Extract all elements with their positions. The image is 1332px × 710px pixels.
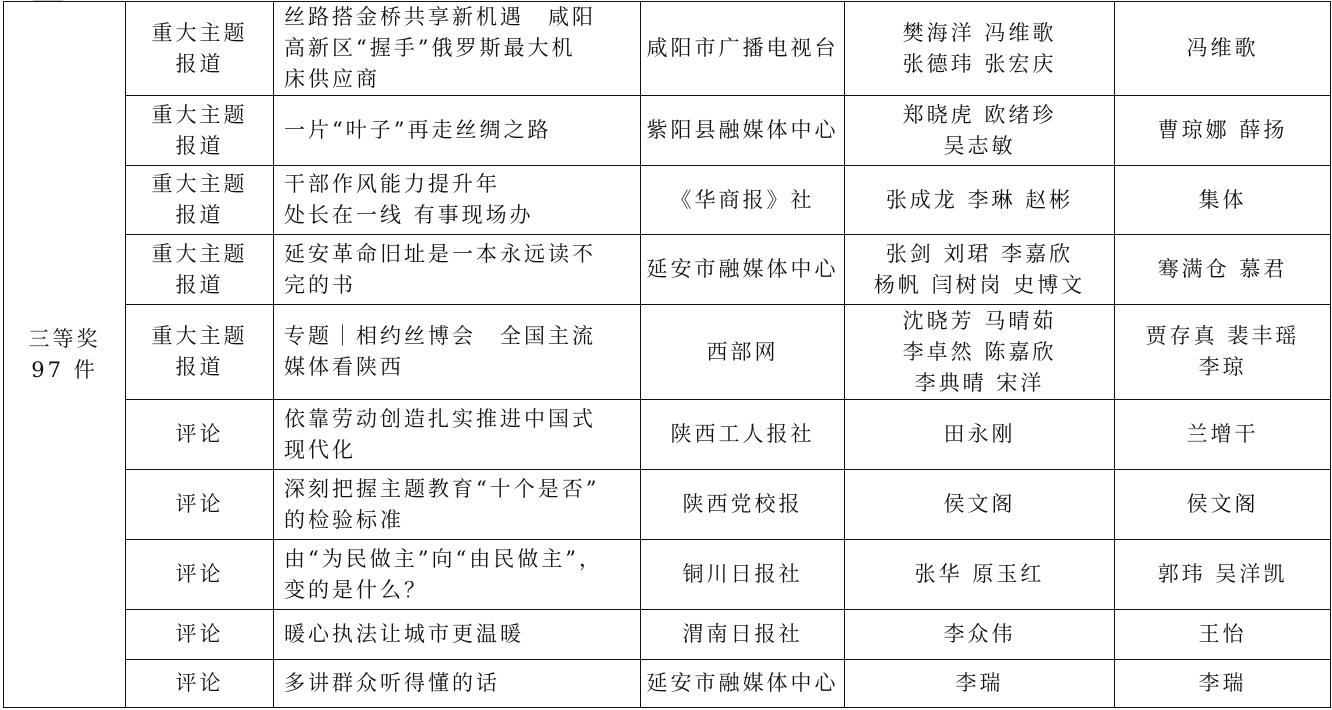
title-cell: 深刻把握主题教育“十个是否” 的检验标准: [274, 470, 641, 540]
table-row: 评论 由“为民做主”向“由民做主”， 变的是什么？ 铜川日报社 张华 原玉红 郭…: [4, 540, 1331, 610]
table-row: 重大主题 报道 专题｜相约丝博会 全国主流 媒体看陕西 西部网 沈晓芳 马晴茹 …: [4, 305, 1331, 400]
category-cell: 评论: [126, 470, 274, 540]
title-cell: 专题｜相约丝博会 全国主流 媒体看陕西: [274, 305, 641, 400]
editors-cell: 集体: [1115, 166, 1331, 235]
category-cell: 评论: [126, 540, 274, 610]
authors-cell: 张剑 刘珺 李嘉欣 杨帆 闫树岗 史博文: [845, 235, 1115, 305]
table-row: 评论 深刻把握主题教育“十个是否” 的检验标准 陕西党校报 侯文阁 侯文阁: [4, 470, 1331, 540]
category-cell: 评论: [126, 610, 274, 660]
table-row: 评论 暖心执法让城市更温暖 渭南日报社 李众伟 王怡: [4, 610, 1331, 660]
category-cell: 重大主题 报道: [126, 166, 274, 235]
unit-cell: 延安市融媒体中心: [641, 235, 845, 305]
category-cell: 重大主题 报道: [126, 2, 274, 96]
authors-cell: 侯文阁: [845, 470, 1115, 540]
authors-cell: 樊海洋 冯维歌 张德玮 张宏庆: [845, 2, 1115, 96]
table-row: 重大主题 报道 一片“叶子”再走丝绸之路 紫阳县融媒体中心 郑晓虎 欧绪珍 吴志…: [4, 96, 1331, 166]
authors-cell: 李瑞: [845, 660, 1115, 708]
editors-cell: 郭玮 吴洋凯: [1115, 540, 1331, 610]
title-cell: 一片“叶子”再走丝绸之路: [274, 96, 641, 166]
unit-cell: 铜川日报社: [641, 540, 845, 610]
title-cell: 延安革命旧址是一本永远读不 完的书: [274, 235, 641, 305]
category-cell: 评论: [126, 660, 274, 708]
table-row: 三等奖 97 件 重大主题 报道 丝路搭金桥共享新机遇 咸阳 高新区“握手”俄罗…: [4, 2, 1331, 96]
table-row: 评论 多讲群众听得懂的话 延安市融媒体中心 李瑞 李瑞: [4, 660, 1331, 708]
table-row: 重大主题 报道 延安革命旧址是一本永远读不 完的书 延安市融媒体中心 张剑 刘珺…: [4, 235, 1331, 305]
title-cell: 丝路搭金桥共享新机遇 咸阳 高新区“握手”俄罗斯最大机 床供应商: [274, 2, 641, 96]
editors-cell: 侯文阁: [1115, 470, 1331, 540]
title-cell: 暖心执法让城市更温暖: [274, 610, 641, 660]
unit-cell: 西部网: [641, 305, 845, 400]
award-tier-cell: 三等奖 97 件: [4, 2, 126, 708]
editors-cell: 冯维歌: [1115, 2, 1331, 96]
title-cell: 由“为民做主”向“由民做主”， 变的是什么？: [274, 540, 641, 610]
category-cell: 重大主题 报道: [126, 305, 274, 400]
table-row: 评论 依靠劳动创造扎实推进中国式 现代化 陕西工人报社 田永刚 兰增干: [4, 400, 1331, 470]
unit-cell: 延安市融媒体中心: [641, 660, 845, 708]
unit-cell: 紫阳县融媒体中心: [641, 96, 845, 166]
award-table: 三等奖 97 件 重大主题 报道 丝路搭金桥共享新机遇 咸阳 高新区“握手”俄罗…: [3, 1, 1331, 708]
authors-cell: 郑晓虎 欧绪珍 吴志敏: [845, 96, 1115, 166]
title-cell: 多讲群众听得懂的话: [274, 660, 641, 708]
title-cell: 依靠劳动创造扎实推进中国式 现代化: [274, 400, 641, 470]
authors-cell: 沈晓芳 马晴茹 李卓然 陈嘉欣 李典晴 宋洋: [845, 305, 1115, 400]
editors-cell: 曹琼娜 薛扬: [1115, 96, 1331, 166]
award-tier-label: 三等奖: [4, 324, 125, 355]
unit-cell: 陕西工人报社: [641, 400, 845, 470]
unit-cell: 渭南日报社: [641, 610, 845, 660]
category-cell: 重大主题 报道: [126, 96, 274, 166]
editors-cell: 骞满仓 慕君: [1115, 235, 1331, 305]
category-cell: 重大主题 报道: [126, 235, 274, 305]
editors-cell: 王怡: [1115, 610, 1331, 660]
unit-cell: 咸阳市广播电视台: [641, 2, 845, 96]
title-cell: 干部作风能力提升年 处长在一线 有事现场办: [274, 166, 641, 235]
editors-cell: 李瑞: [1115, 660, 1331, 708]
editors-cell: 贾存真 裴丰瑶 李琼: [1115, 305, 1331, 400]
editors-cell: 兰增干: [1115, 400, 1331, 470]
table-row: 重大主题 报道 干部作风能力提升年 处长在一线 有事现场办 《华商报》社 张成龙…: [4, 166, 1331, 235]
authors-cell: 李众伟: [845, 610, 1115, 660]
category-cell: 评论: [126, 400, 274, 470]
authors-cell: 田永刚: [845, 400, 1115, 470]
award-tier-count: 97 件: [4, 355, 125, 386]
unit-cell: 陕西党校报: [641, 470, 845, 540]
authors-cell: 张华 原玉红: [845, 540, 1115, 610]
unit-cell: 《华商报》社: [641, 166, 845, 235]
authors-cell: 张成龙 李琳 赵彬: [845, 166, 1115, 235]
